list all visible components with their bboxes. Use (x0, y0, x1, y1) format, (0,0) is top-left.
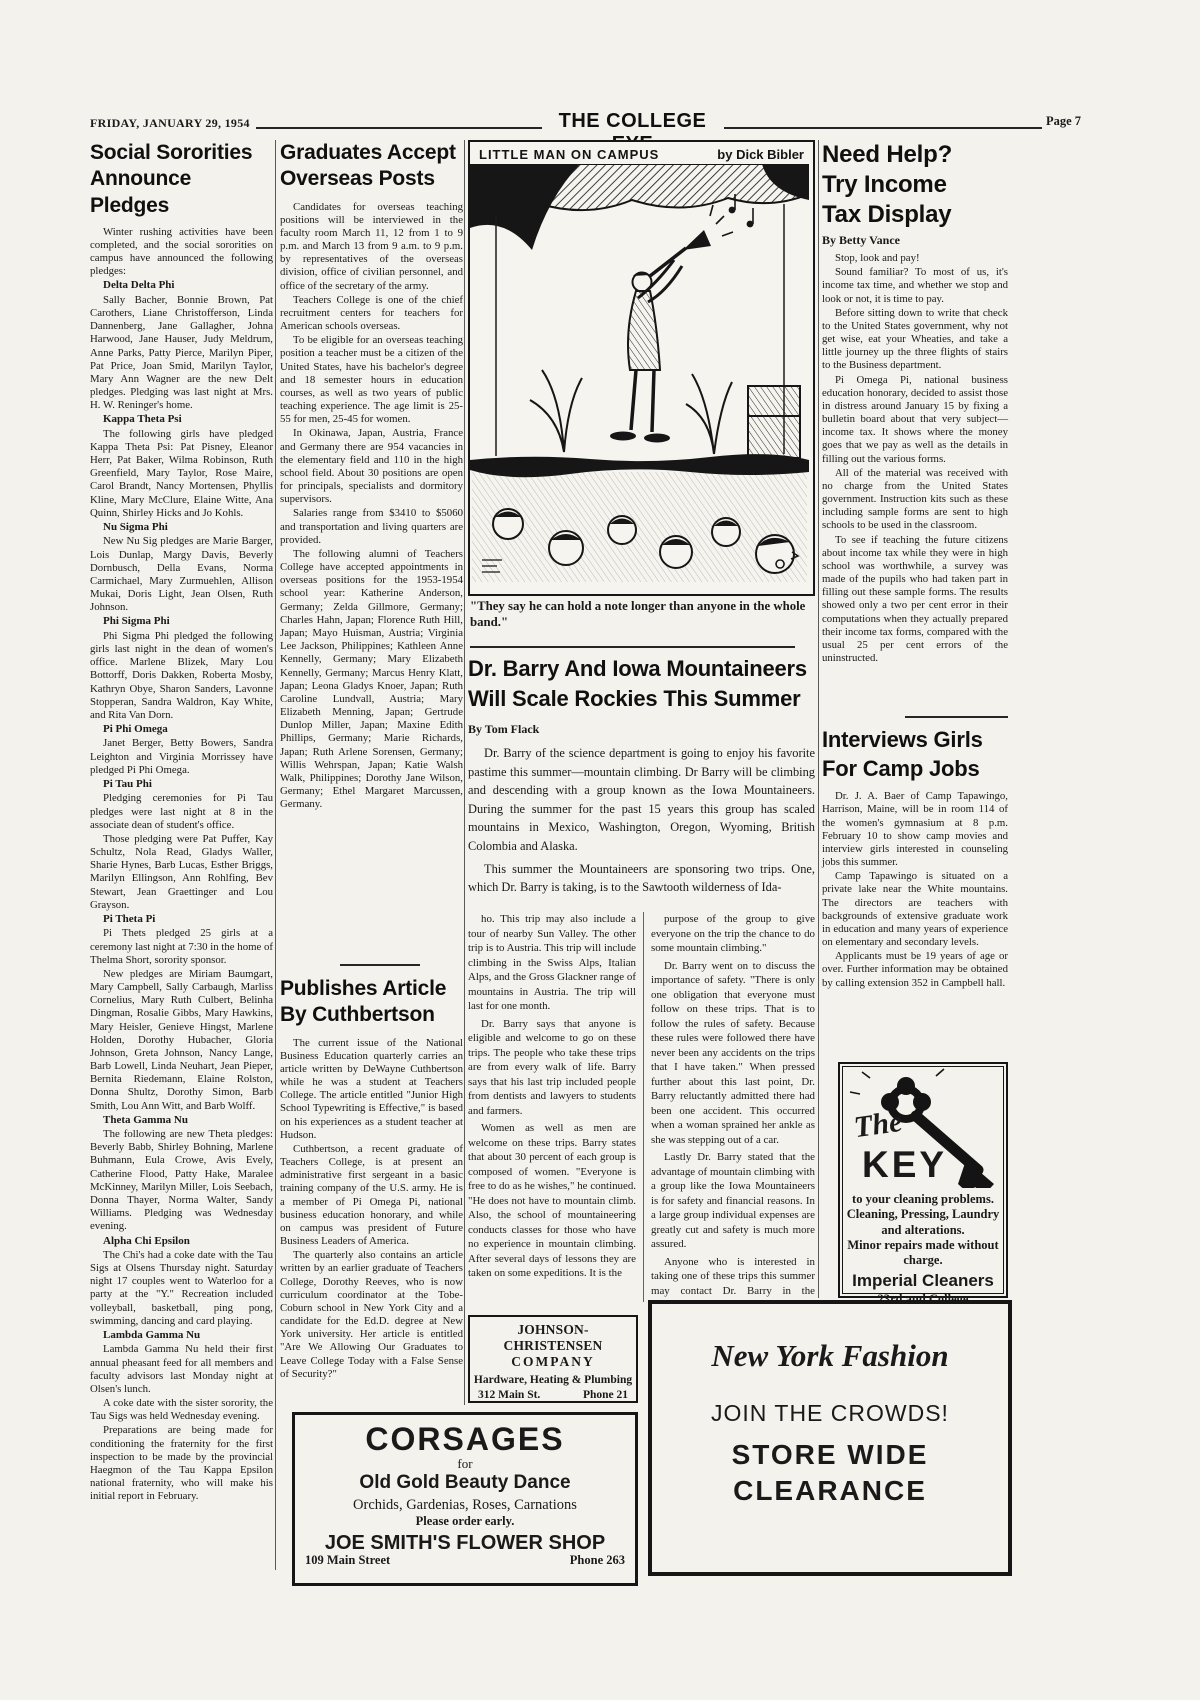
paragraph: Dr. Barry went on to discuss the importa… (651, 959, 815, 1148)
paragraph: ho. This trip may also include a tour of… (468, 912, 636, 1014)
jc-ad-services: Hardware, Heating & Plumbing (470, 1374, 636, 1386)
corsages-ad-note: Please order early. (295, 1514, 635, 1529)
paragraph: The Chi's had a coke date with the Tau S… (90, 1249, 273, 1328)
paragraph: New pledges are Miriam Baumgart, Mary Ca… (90, 968, 273, 1113)
newspaper-page: FRIDAY, JANUARY 29, 1954 THE COLLEGE EYE… (0, 0, 1200, 1700)
paragraph: Camp Tapawingo is situated on a private … (822, 870, 1008, 949)
corsages-ad-title: CORSAGES (295, 1421, 635, 1458)
header-rule-left (256, 127, 542, 129)
paragraph: Salaries range from $3410 to $5060 and t… (280, 507, 463, 547)
comic-credit: by Dick Bibler (717, 147, 804, 162)
paragraph: Before sitting down to write that check … (822, 307, 1008, 373)
interviews-title-line1: Interviews Girls (822, 726, 1008, 755)
paragraph: Phi Sigma Phi pledged the following girl… (90, 630, 273, 722)
page-number: Page 7 (1046, 114, 1081, 129)
article-graduates-overseas: Graduates Accept Overseas Posts Candidat… (280, 140, 463, 812)
needhelp-byline: By Betty Vance (822, 233, 1008, 248)
paragraph: Stop, look and pay! (822, 252, 1008, 265)
subhead: Kappa Theta Psi (90, 413, 273, 426)
subhead: Lambda Gamma Nu (90, 1329, 273, 1342)
paragraph: Cuthbertson, a recent graduate of Teache… (280, 1143, 463, 1248)
article-publishes-cuthbertson: Publishes Article By Cuthbertson The cur… (280, 976, 463, 1408)
article-camp-jobs: Interviews Girls For Camp Jobs Dr. J. A.… (822, 726, 1008, 991)
new-york-fashion-ad: New York Fashion JOIN THE CROWDS! STORE … (648, 1300, 1012, 1576)
paragraph: A coke date with the sister sorority, th… (90, 1397, 273, 1423)
subhead: Nu Sigma Phi (90, 521, 273, 534)
article-social-sororities: Social Sororities Announce Pledges Winte… (90, 140, 273, 1504)
publishes-body: The current issue of the National Busine… (280, 1037, 463, 1381)
paragraph: The following girls have pledged Kappa T… (90, 428, 273, 520)
jc-ad-phone: Phone 21 (583, 1389, 628, 1401)
paragraph: In Okinawa, Japan, Austria, France and G… (280, 427, 463, 506)
paragraph: The quarterly also contains an article w… (280, 1249, 463, 1381)
column-rule-3 (818, 140, 819, 1298)
graduates-title-line1: Graduates Accept (280, 140, 463, 166)
barry-title-line1: Dr. Barry And Iowa Mountaineers (468, 654, 815, 684)
graduates-body: Candidates for overseas teaching positio… (280, 201, 463, 812)
paragraph: purpose of the group to give everyone on… (651, 912, 815, 956)
article-divider (340, 964, 420, 966)
barry-byline: By Tom Flack (468, 722, 539, 737)
paragraph: Sally Bacher, Bonnie Brown, Pat Carother… (90, 294, 273, 413)
column-rule-1 (275, 140, 276, 1570)
subhead: Pi Phi Omega (90, 723, 273, 736)
paragraph: Applicants must be 19 years of age or ov… (822, 950, 1008, 990)
paragraph: Candidates for overseas teaching positio… (280, 201, 463, 293)
needhelp-body: Stop, look and pay! Sound familiar? To m… (822, 252, 1008, 665)
interviews-title-line2: For Camp Jobs (822, 755, 1008, 784)
headline-rule (470, 646, 795, 648)
paragraph: Teachers College is one of the chief rec… (280, 294, 463, 334)
comic-illustration (470, 164, 809, 584)
corsages-ad-phone: Phone 263 (570, 1553, 625, 1568)
subhead: Phi Sigma Phi (90, 615, 273, 628)
key-ad-line4: Minor repairs made without (840, 1238, 1006, 1253)
subcolumn-rule (643, 912, 644, 1302)
corsages-ad-shop: JOE SMITH'S FLOWER SHOP (295, 1532, 635, 1555)
needhelp-title-line2: Try Income (822, 170, 1008, 200)
social-title-line1: Social Sororities (90, 140, 273, 166)
paragraph: To see if teaching the future citizens a… (822, 534, 1008, 666)
comic-strip: LITTLE MAN ON CAMPUS by Dick Bibler (468, 140, 815, 596)
johnson-christensen-ad: JOHNSON-CHRISTENSEN COMPANY Hardware, He… (468, 1315, 638, 1403)
needhelp-title-line1: Need Help? (822, 140, 1008, 170)
corsages-ad-flowers: Orchids, Gardenias, Roses, Carnations (295, 1497, 635, 1514)
corsages-ad-address: 109 Main Street (305, 1553, 390, 1568)
paragraph: The following alumni of Teachers College… (280, 548, 463, 811)
comic-caption: "They say he can hold a note longer than… (470, 598, 813, 631)
corsages-ad: CORSAGES for Old Gold Beauty Dance Orchi… (292, 1412, 638, 1586)
paragraph: Pledging ceremonies for Pi Tau pledges w… (90, 792, 273, 832)
jc-ad-name-line1: JOHNSON-CHRISTENSEN (470, 1322, 636, 1354)
jc-ad-address: 312 Main St. (478, 1389, 540, 1401)
nyf-ad-line3: CLEARANCE (652, 1475, 1008, 1507)
subhead: Theta Gamma Nu (90, 1114, 273, 1127)
paragraph: Dr. J. A. Baer of Camp Tapawingo, Harris… (822, 790, 1008, 869)
publishes-title-line1: Publishes Article (280, 976, 463, 1002)
paragraph: To be eligible for an overseas teaching … (280, 334, 463, 426)
corsages-ad-for: for (295, 1456, 635, 1472)
barry-title-line2: Will Scale Rockies This Summer (468, 684, 815, 714)
article-divider (905, 716, 1008, 718)
comic-strip-title: LITTLE MAN ON CAMPUS (479, 147, 659, 162)
graduates-title-line2: Overseas Posts (280, 166, 463, 192)
barry-headline: Dr. Barry And Iowa Mountaineers Will Sca… (468, 654, 815, 713)
column-rule-2 (464, 140, 465, 1405)
paragraph: Winter rushing activities have been comp… (90, 226, 273, 279)
needhelp-title-line3: Tax Display (822, 200, 1008, 230)
paragraph: Dr. Barry of the science department is g… (468, 744, 815, 856)
barry-right-column: purpose of the group to give everyone on… (651, 912, 815, 1316)
paragraph: All of the material was received with no… (822, 467, 1008, 533)
paragraph: Sound familiar? To most of us, it's inco… (822, 266, 1008, 306)
key-ad-line2: Cleaning, Pressing, Laundry (840, 1207, 1006, 1222)
paragraph: Janet Berger, Betty Bowers, Sandra Leigh… (90, 737, 273, 777)
paragraph: Preparations are being made for conditio… (90, 1424, 273, 1503)
paragraph: Pi Omega Pi, national business education… (822, 374, 1008, 466)
nyf-ad-title: New York Fashion (652, 1338, 1008, 1374)
key-ad-line3: and alterations. (840, 1223, 1006, 1238)
nyf-ad-line1: JOIN THE CROWDS! (652, 1400, 1008, 1427)
barry-left-column: ho. This trip may also include a tour of… (468, 912, 636, 1284)
imperial-cleaners-ad: The KEY to your cleaning problems. Clean… (838, 1062, 1008, 1298)
subhead: Alpha Chi Epsilon (90, 1235, 273, 1248)
paragraph: Dr. Barry says that anyone is eligible a… (468, 1017, 636, 1119)
jc-ad-name-line2: COMPANY (470, 1354, 636, 1370)
paragraph: Lambda Gamma Nu held their first annual … (90, 1343, 273, 1396)
social-title-line2: Announce Pledges (90, 166, 273, 219)
publishes-title-line2: By Cuthbertson (280, 1002, 463, 1028)
subhead: Pi Theta Pi (90, 913, 273, 926)
subhead: Pi Tau Phi (90, 778, 273, 791)
paragraph: The current issue of the National Busine… (280, 1037, 463, 1142)
paragraph: New Nu Sig pledges are Marie Barger, Loi… (90, 535, 273, 614)
key-ad-line5: charge. (840, 1253, 1006, 1268)
paragraph: Lastly Dr. Barry stated that the advanta… (651, 1150, 815, 1252)
subhead: Delta Delta Phi (90, 279, 273, 292)
key-ad-the: The (852, 1105, 905, 1145)
paragraph: This summer the Mountaineers are sponsor… (468, 860, 815, 897)
key-ad-name: Imperial Cleaners (840, 1271, 1006, 1292)
paragraph: Those pledging were Pat Puffer, Kay Schu… (90, 833, 273, 912)
header-rule-right (724, 127, 1042, 129)
paragraph: Women as well as men are welcome on thes… (468, 1121, 636, 1281)
nyf-ad-line2: STORE WIDE (652, 1439, 1008, 1471)
paragraph: The following are new Theta pledges: Bev… (90, 1128, 273, 1233)
social-body: Winter rushing activities have been comp… (90, 226, 273, 1504)
key-ad-line1: to your cleaning problems. (840, 1192, 1006, 1207)
article-income-tax: Need Help? Try Income Tax Display By Bet… (822, 140, 1008, 666)
key-ad-key: KEY (862, 1144, 947, 1186)
barry-intro: Dr. Barry of the science department is g… (468, 744, 815, 901)
corsages-ad-event: Old Gold Beauty Dance (295, 1472, 635, 1494)
issue-date: FRIDAY, JANUARY 29, 1954 (90, 116, 250, 131)
paragraph: Pi Thets pledged 25 girls at a ceremony … (90, 927, 273, 967)
interviews-body: Dr. J. A. Baer of Camp Tapawingo, Harris… (822, 790, 1008, 990)
